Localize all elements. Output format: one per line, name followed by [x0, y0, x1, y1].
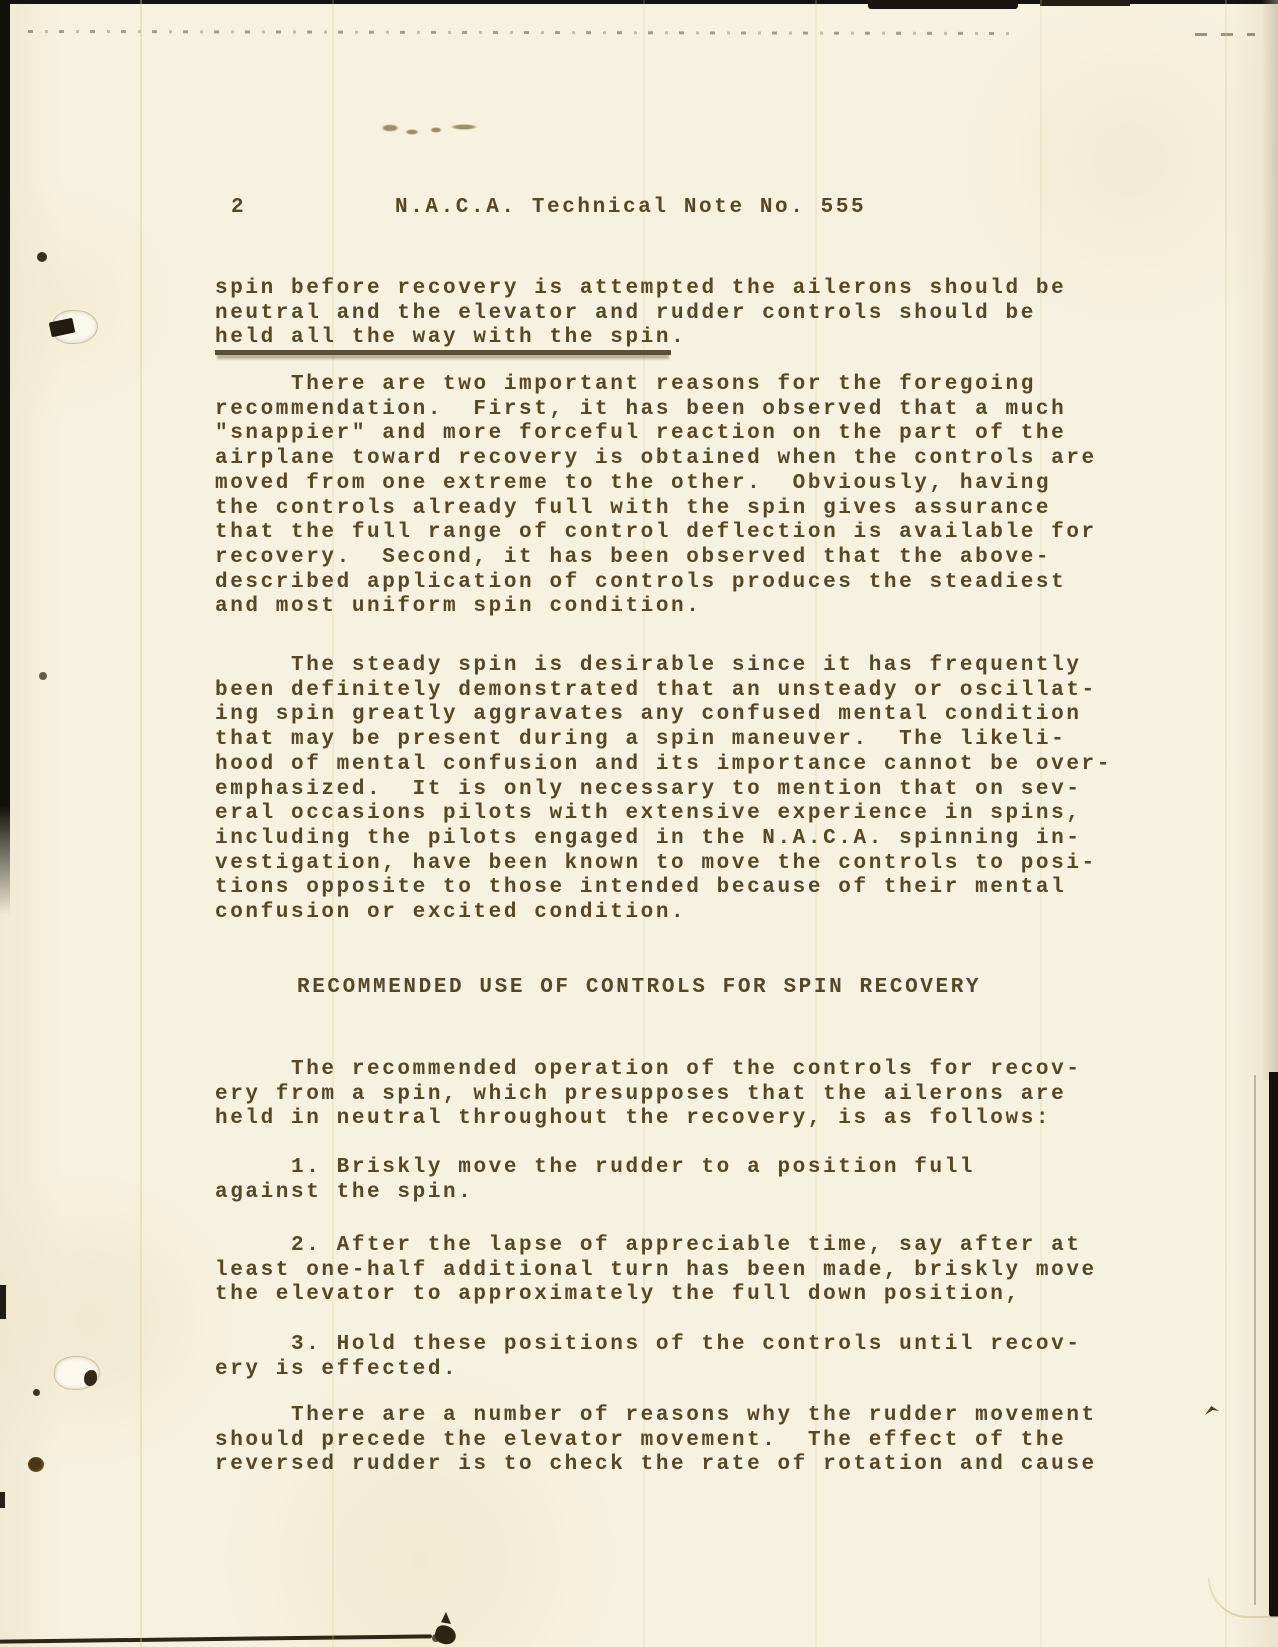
document-title: N.A.C.A. Technical Note No. 555 [395, 196, 866, 221]
hole-punch-top [52, 310, 98, 344]
ink-blot-tail [441, 1612, 451, 1624]
list-item-3: 3. Hold these positions of the controls … [215, 1333, 1082, 1382]
scan-bottom-line [0, 1634, 432, 1643]
ink-blot-body [433, 1623, 459, 1647]
list-item-2: 2. After the lapse of appreciable time, … [215, 1234, 1097, 1308]
paragraph-text: spin before recovery is attempted the ai… [215, 277, 1066, 325]
dust-smudge-line-right [1195, 33, 1255, 36]
page-number: 2 [231, 196, 246, 221]
ink-blot [432, 1612, 460, 1647]
paragraph-recommended-operation: The recommended operation of the control… [215, 1058, 1082, 1132]
ink-stain-dot [28, 1457, 44, 1472]
pencil-smudge [378, 122, 488, 136]
scan-right-edge [1269, 1072, 1278, 1617]
scan-right-shade [1262, 0, 1278, 1080]
ink-blot-drop [432, 1634, 440, 1642]
page-header: 2 N.A.C.A. Technical Note No. 555 [215, 196, 1195, 221]
paragraph-rudder-reasons: There are a number of reasons why the ru… [215, 1404, 1097, 1478]
scan-top-edge [0, 0, 1278, 4]
hole-punch-bottom [54, 1356, 100, 1390]
list-item-1: 1. Briskly move the rudder to a position… [215, 1156, 975, 1205]
scan-left-edge [0, 0, 10, 915]
ink-dot [37, 252, 47, 262]
hole-punch-top-ink [49, 318, 76, 338]
corner-scratch [1208, 1578, 1278, 1618]
section-heading: RECOMMENDED USE OF CONTROLS FOR SPIN REC… [297, 976, 981, 1001]
scan-top-edge-patch-2 [1040, 0, 1130, 6]
paper-crease [1225, 0, 1227, 1647]
scan-top-edge-patch [868, 0, 1018, 9]
ink-dot [39, 672, 47, 680]
scan-right-edge-line [1254, 1075, 1256, 1605]
paragraph-continuation: spin before recovery is attempted the ai… [215, 277, 1066, 351]
ink-dot [33, 1389, 40, 1396]
paper-crease [140, 0, 142, 1647]
underlined-phrase: held all the way with the spin [215, 326, 671, 355]
dust-smudge-line [28, 30, 1018, 35]
scan-left-edge-tick-1 [0, 1285, 6, 1319]
paragraph-steady-spin: The steady spin is desirable since it ha… [215, 654, 1112, 926]
scanned-document-page: 2 N.A.C.A. Technical Note No. 555 spin b… [0, 0, 1278, 1647]
hole-punch-bottom-ink [84, 1370, 97, 1386]
margin-check-mark [1205, 1406, 1219, 1415]
paragraph-two-reasons: There are two important reasons for the … [215, 373, 1097, 620]
paragraph-text: . [671, 326, 686, 349]
scan-left-edge-tick-2 [0, 1492, 5, 1508]
